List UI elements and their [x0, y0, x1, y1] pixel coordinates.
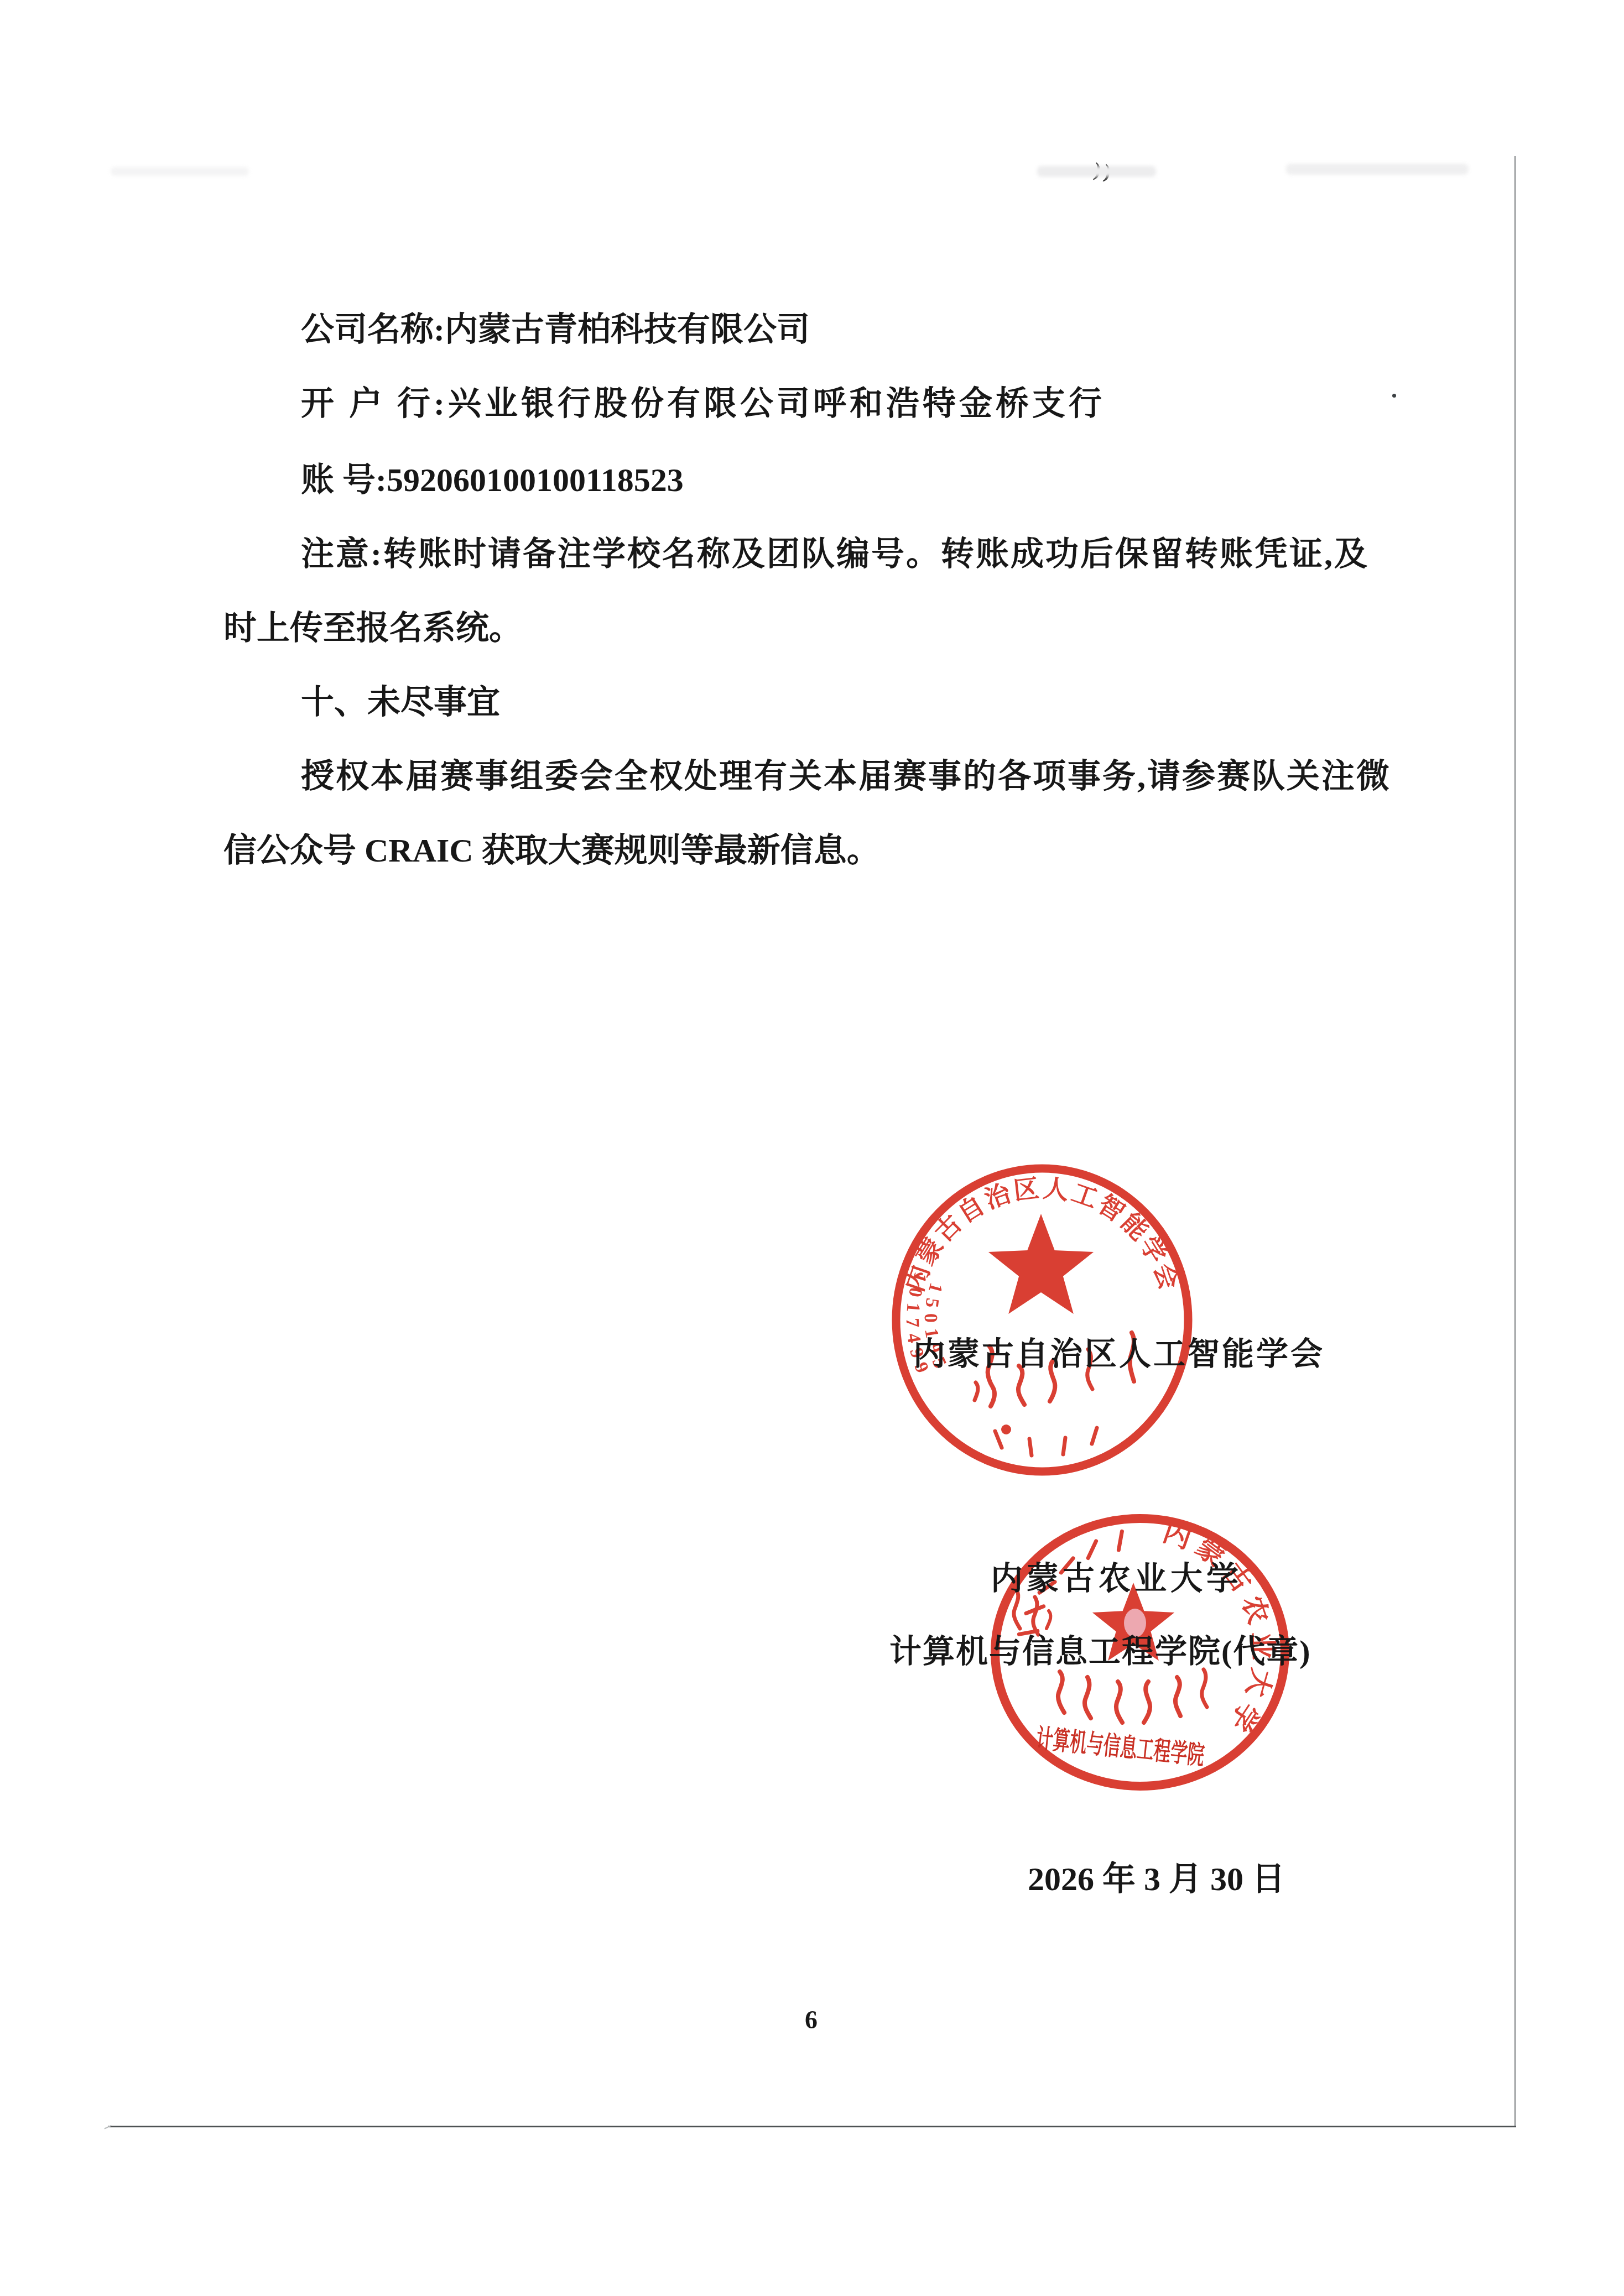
- company-name-line: 公司名称:内蒙古青柏科技有限公司: [301, 313, 810, 346]
- page-number: 6: [805, 2007, 818, 2033]
- authorization-line-1: 授权本届赛事组委会全权处理有关本届赛事的各项事务,请参赛队关注微: [301, 760, 1391, 793]
- scan-smudge: [1037, 166, 1156, 177]
- bank-name-line: 开 户 行:兴业银行股份有限公司呼和浩特金桥支行: [301, 387, 1105, 420]
- scan-smudge: [111, 167, 249, 176]
- notice-line-2: 时上传至报名系统。: [223, 612, 522, 645]
- authorization-line-2: 信公众号 CRAIC 获取大赛规则等最新信息。: [223, 834, 880, 867]
- page-scan-edge-bottom: [108, 2126, 1516, 2127]
- society-signature-line: 内蒙古自治区人工智能学会: [913, 1338, 1325, 1370]
- university-signature-line-2: 计算机与信息工程学院(代章): [889, 1636, 1311, 1668]
- star-icon: [988, 1214, 1094, 1314]
- section-heading: 十、未尽事宜: [301, 686, 500, 719]
- scan-speck: [1392, 394, 1396, 398]
- university-signature-line-1: 内蒙古农业大学: [991, 1563, 1242, 1595]
- ai-society-seal: 内蒙古自治区人工智能学会 150195 1017499: [876, 1150, 1208, 1493]
- page-scan-corner: [102, 2120, 112, 2130]
- date-line: 2026 年 3 月 30 日: [1028, 1862, 1285, 1896]
- page-scan-edge-right: [1514, 156, 1516, 2127]
- notice-line-1: 注意:转账时请备注学校名称及团队编号。转账成功后保留转账凭证,及: [301, 538, 1369, 571]
- account-number-line: 账 号:592060100100118523: [301, 463, 684, 497]
- scan-smudge: [1286, 164, 1469, 175]
- scanned-document-page: 公司名称:内蒙古青柏科技有限公司 开 户 行:兴业银行股份有限公司呼和浩特金桥支…: [0, 0, 1624, 2296]
